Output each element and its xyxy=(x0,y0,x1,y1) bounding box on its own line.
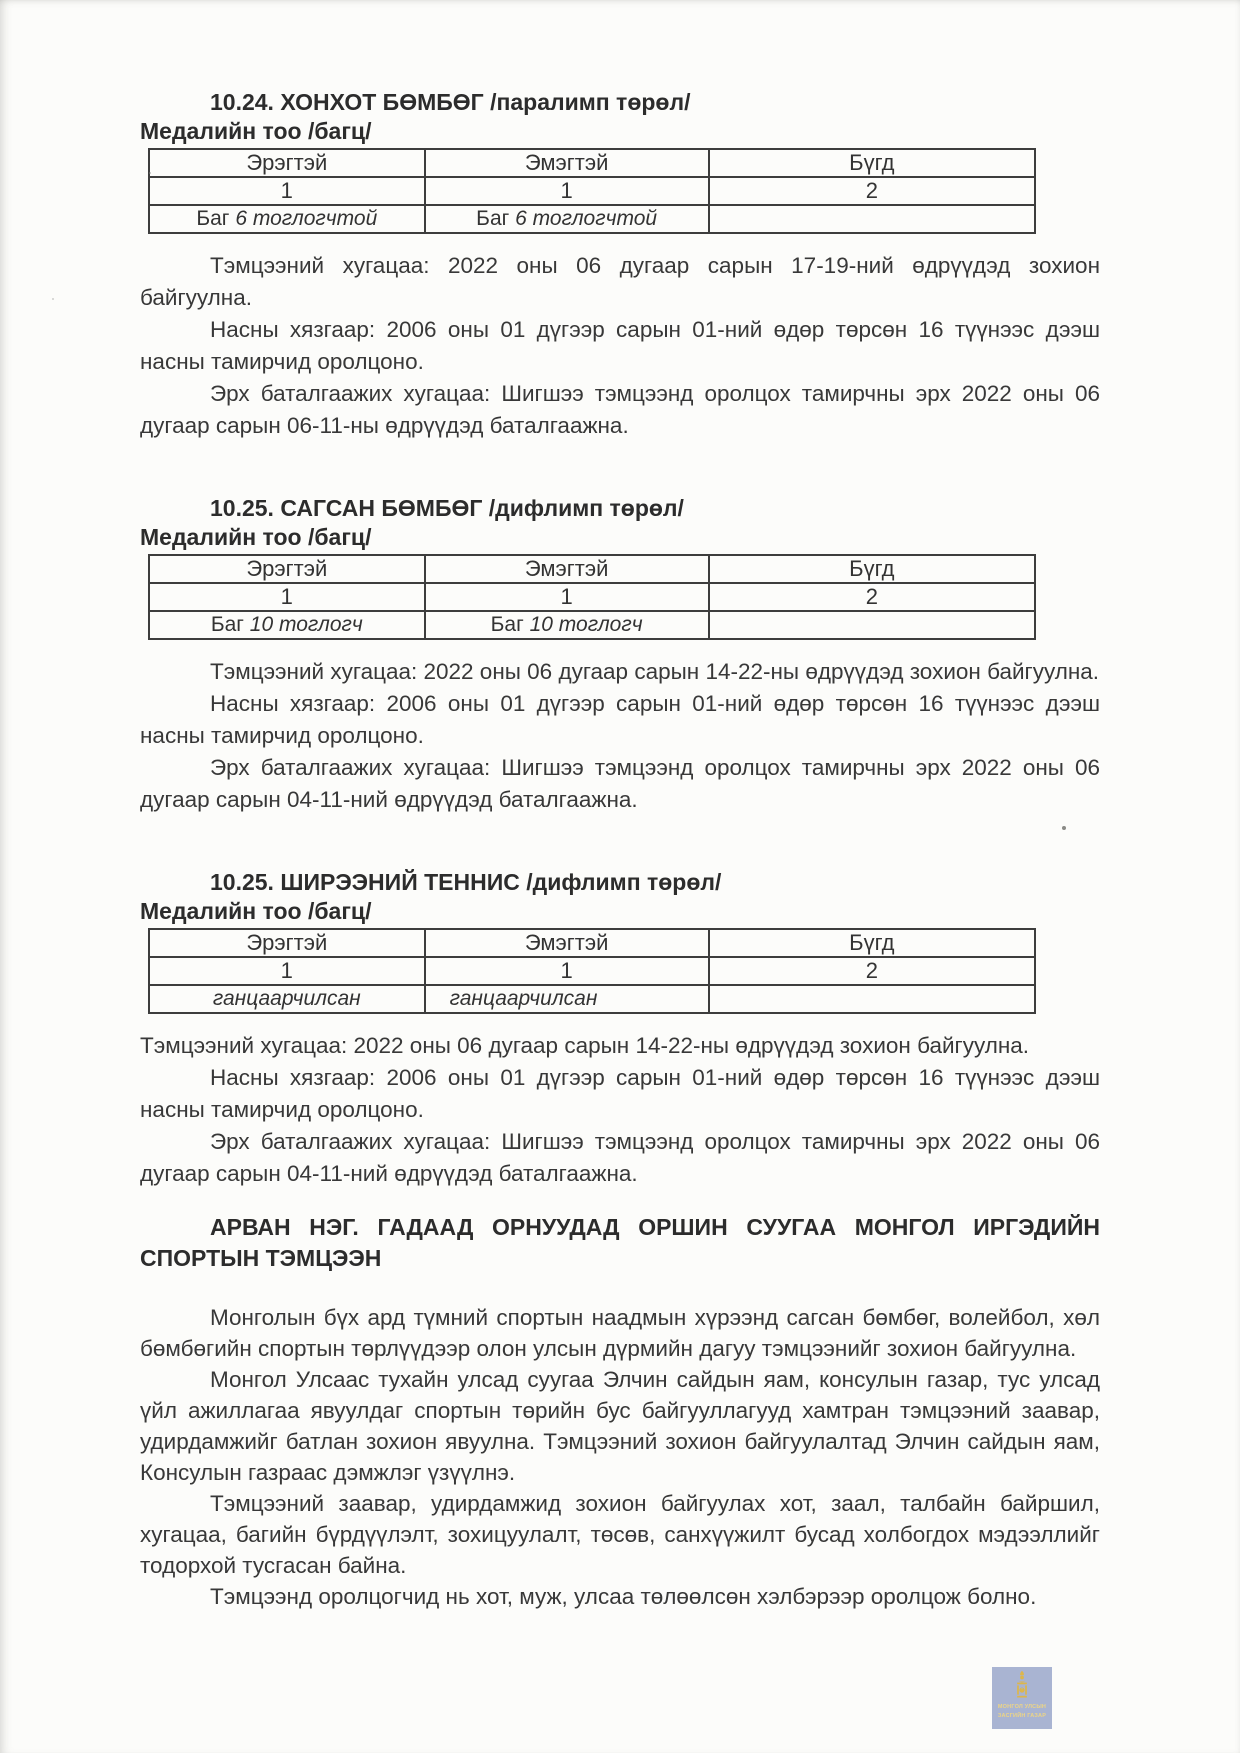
paragraph: Тэмцээнд оролцогчид нь хот, муж, улсаа т… xyxy=(140,1581,1100,1612)
chapter-paragraphs: Монголын бүх ард түмний спортын наадмын … xyxy=(140,1302,1100,1612)
header-cell-female: Эмэгтэй xyxy=(425,149,709,177)
medal-count-label: Медалийн тоо /багц/ xyxy=(140,117,1100,146)
paragraph: Монголын бүх ард түмний спортын наадмын … xyxy=(140,1302,1100,1364)
chapter-eleven: АРВАН НЭГ. ГАДААД ОРНУУДАД ОРШИН СУУГАА … xyxy=(140,1212,1100,1612)
medal-table: Эрэгтэй Эмэгтэй Бүгд 1 1 2 Баг 10 тоглог… xyxy=(148,554,1036,640)
note-text: Баг xyxy=(211,613,250,636)
medal-table: Эрэгтэй Эмэгтэй Бүгд 1 1 2 Баг 6 тоглогч… xyxy=(148,148,1036,234)
header-cell-male: Эрэгтэй xyxy=(149,555,425,583)
note-text-italic: 10 тоглогч xyxy=(250,613,363,636)
chapter-heading: АРВАН НЭГ. ГАДААД ОРНУУДАД ОРШИН СУУГАА … xyxy=(140,1212,1100,1274)
note-cell-female: Баг 6 тоглогчтой xyxy=(425,205,709,233)
note-cell-total-empty xyxy=(709,205,1035,233)
count-cell-male: 1 xyxy=(149,177,425,205)
note-text-italic: 6 тоглогчтой xyxy=(515,207,657,230)
section-heading: 10.25. ШИРЭЭНИЙ ТЕННИС /дифлимп төрөл/ xyxy=(140,868,1100,897)
note-cell-total-empty xyxy=(709,985,1035,1013)
document-content: 10.24. ХОНХОТ БӨМБӨГ /паралимп төрөл/ Ме… xyxy=(140,88,1100,1612)
section-heading: 10.24. ХОНХОТ БӨМБӨГ /паралимп төрөл/ xyxy=(140,88,1100,117)
count-cell-male: 1 xyxy=(149,957,425,985)
section-heading: 10.25. САГСАН БӨМБӨГ /дифлимп төрөл/ xyxy=(140,494,1100,523)
table-header-row: Эрэгтэй Эмэгтэй Бүгд xyxy=(149,929,1035,957)
scan-speck xyxy=(149,172,151,174)
soyombo-icon xyxy=(1013,1670,1031,1702)
table-note-row: Баг 10 тоглогч Баг 10 тоглогч xyxy=(149,611,1035,639)
paragraph: Монгол Улсаас тухайн улсад суугаа Элчин … xyxy=(140,1364,1100,1488)
medal-count-label: Медалийн тоо /багц/ xyxy=(140,897,1100,926)
medal-count-label: Медалийн тоо /багц/ xyxy=(140,523,1100,552)
paragraph: Насны хязгаар: 2006 оны 01 дүгээр сарын … xyxy=(140,1062,1100,1126)
note-text-italic: 6 тоглогчтой xyxy=(235,207,377,230)
paragraph: Насны хязгаар: 2006 оны 01 дүгээр сарын … xyxy=(140,314,1100,378)
government-logo: МОНГОЛ УЛСЫН ЗАСГИЙН ГАЗАР xyxy=(992,1667,1052,1729)
note-text-italic: ганцаарчилсан xyxy=(213,987,361,1010)
table-count-row: 1 1 2 xyxy=(149,583,1035,611)
section-shireenii-tennis: 10.25. ШИРЭЭНИЙ ТЕННИС /дифлимп төрөл/ М… xyxy=(140,868,1100,1190)
note-cell-female: ганцаарчилсан xyxy=(425,985,709,1013)
logo-text-line1: МОНГОЛ УЛСЫН xyxy=(998,1704,1046,1711)
paragraph: Тэмцээний хугацаа: 2022 оны 06 дугаар са… xyxy=(140,656,1100,688)
medal-table: Эрэгтэй Эмэгтэй Бүгд 1 1 2 ганцаарчилсан… xyxy=(148,928,1036,1014)
count-cell-total: 2 xyxy=(709,583,1035,611)
logo-text-line2: ЗАСГИЙН ГАЗАР xyxy=(998,1713,1046,1720)
count-cell-total: 2 xyxy=(709,957,1035,985)
paragraph: Тэмцээний хугацаа: 2022 оны 06 дугаар са… xyxy=(140,1030,1100,1062)
note-text: Баг xyxy=(196,207,235,230)
scan-speck xyxy=(1062,826,1066,830)
paragraph: Насны хязгаар: 2006 оны 01 дүгээр сарын … xyxy=(140,688,1100,752)
note-cell-female: Баг 10 тоглогч xyxy=(425,611,709,639)
section-honkhot-bombog: 10.24. ХОНХОТ БӨМБӨГ /паралимп төрөл/ Ме… xyxy=(140,88,1100,442)
table-header-row: Эрэгтэй Эмэгтэй Бүгд xyxy=(149,555,1035,583)
table-note-row: ганцаарчилсан ганцаарчилсан xyxy=(149,985,1035,1013)
note-text: Баг xyxy=(476,207,515,230)
section-sagsan-bombog: 10.25. САГСАН БӨМБӨГ /дифлимп төрөл/ Мед… xyxy=(140,494,1100,816)
note-text-italic: 10 тоглогч xyxy=(530,613,643,636)
note-cell-male: ганцаарчилсан xyxy=(149,985,425,1013)
note-text: Баг xyxy=(491,613,530,636)
scan-speck xyxy=(52,298,54,300)
header-cell-female: Эмэгтэй xyxy=(425,555,709,583)
paragraph: Тэмцээний хугацаа: 2022 оны 06 дугаар са… xyxy=(140,250,1100,314)
paragraph: Эрх баталгаажих хугацаа: Шигшээ тэмцээнд… xyxy=(140,378,1100,442)
paragraph: Эрх баталгаажих хугацаа: Шигшээ тэмцээнд… xyxy=(140,752,1100,816)
count-cell-female: 1 xyxy=(425,177,709,205)
section-paragraphs: Тэмцээний хугацаа: 2022 оны 06 дугаар са… xyxy=(140,250,1100,442)
header-cell-female: Эмэгтэй xyxy=(425,929,709,957)
header-cell-total: Бүгд xyxy=(709,555,1035,583)
table-count-row: 1 1 2 xyxy=(149,177,1035,205)
count-cell-female: 1 xyxy=(425,583,709,611)
count-cell-female: 1 xyxy=(425,957,709,985)
table-count-row: 1 1 2 xyxy=(149,957,1035,985)
note-text-italic: ганцаарчилсан xyxy=(450,987,598,1010)
count-cell-total: 2 xyxy=(709,177,1035,205)
scanned-document-page: 10.24. ХОНХОТ БӨМБӨГ /паралимп төрөл/ Ме… xyxy=(0,0,1240,1753)
section-paragraphs: Тэмцээний хугацаа: 2022 оны 06 дугаар са… xyxy=(140,656,1100,816)
count-cell-male: 1 xyxy=(149,583,425,611)
section-paragraphs: Тэмцээний хугацаа: 2022 оны 06 дугаар са… xyxy=(140,1030,1100,1190)
note-cell-total-empty xyxy=(709,611,1035,639)
header-cell-total: Бүгд xyxy=(709,929,1035,957)
header-cell-male: Эрэгтэй xyxy=(149,149,425,177)
note-cell-male: Баг 6 тоглогчтой xyxy=(149,205,425,233)
table-note-row: Баг 6 тоглогчтой Баг 6 тоглогчтой xyxy=(149,205,1035,233)
table-header-row: Эрэгтэй Эмэгтэй Бүгд xyxy=(149,149,1035,177)
paragraph: Эрх баталгаажих хугацаа: Шигшээ тэмцээнд… xyxy=(140,1126,1100,1190)
note-cell-male: Баг 10 тоглогч xyxy=(149,611,425,639)
paragraph: Тэмцээний заавар, удирдамжид зохион байг… xyxy=(140,1488,1100,1581)
header-cell-male: Эрэгтэй xyxy=(149,929,425,957)
header-cell-total: Бүгд xyxy=(709,149,1035,177)
